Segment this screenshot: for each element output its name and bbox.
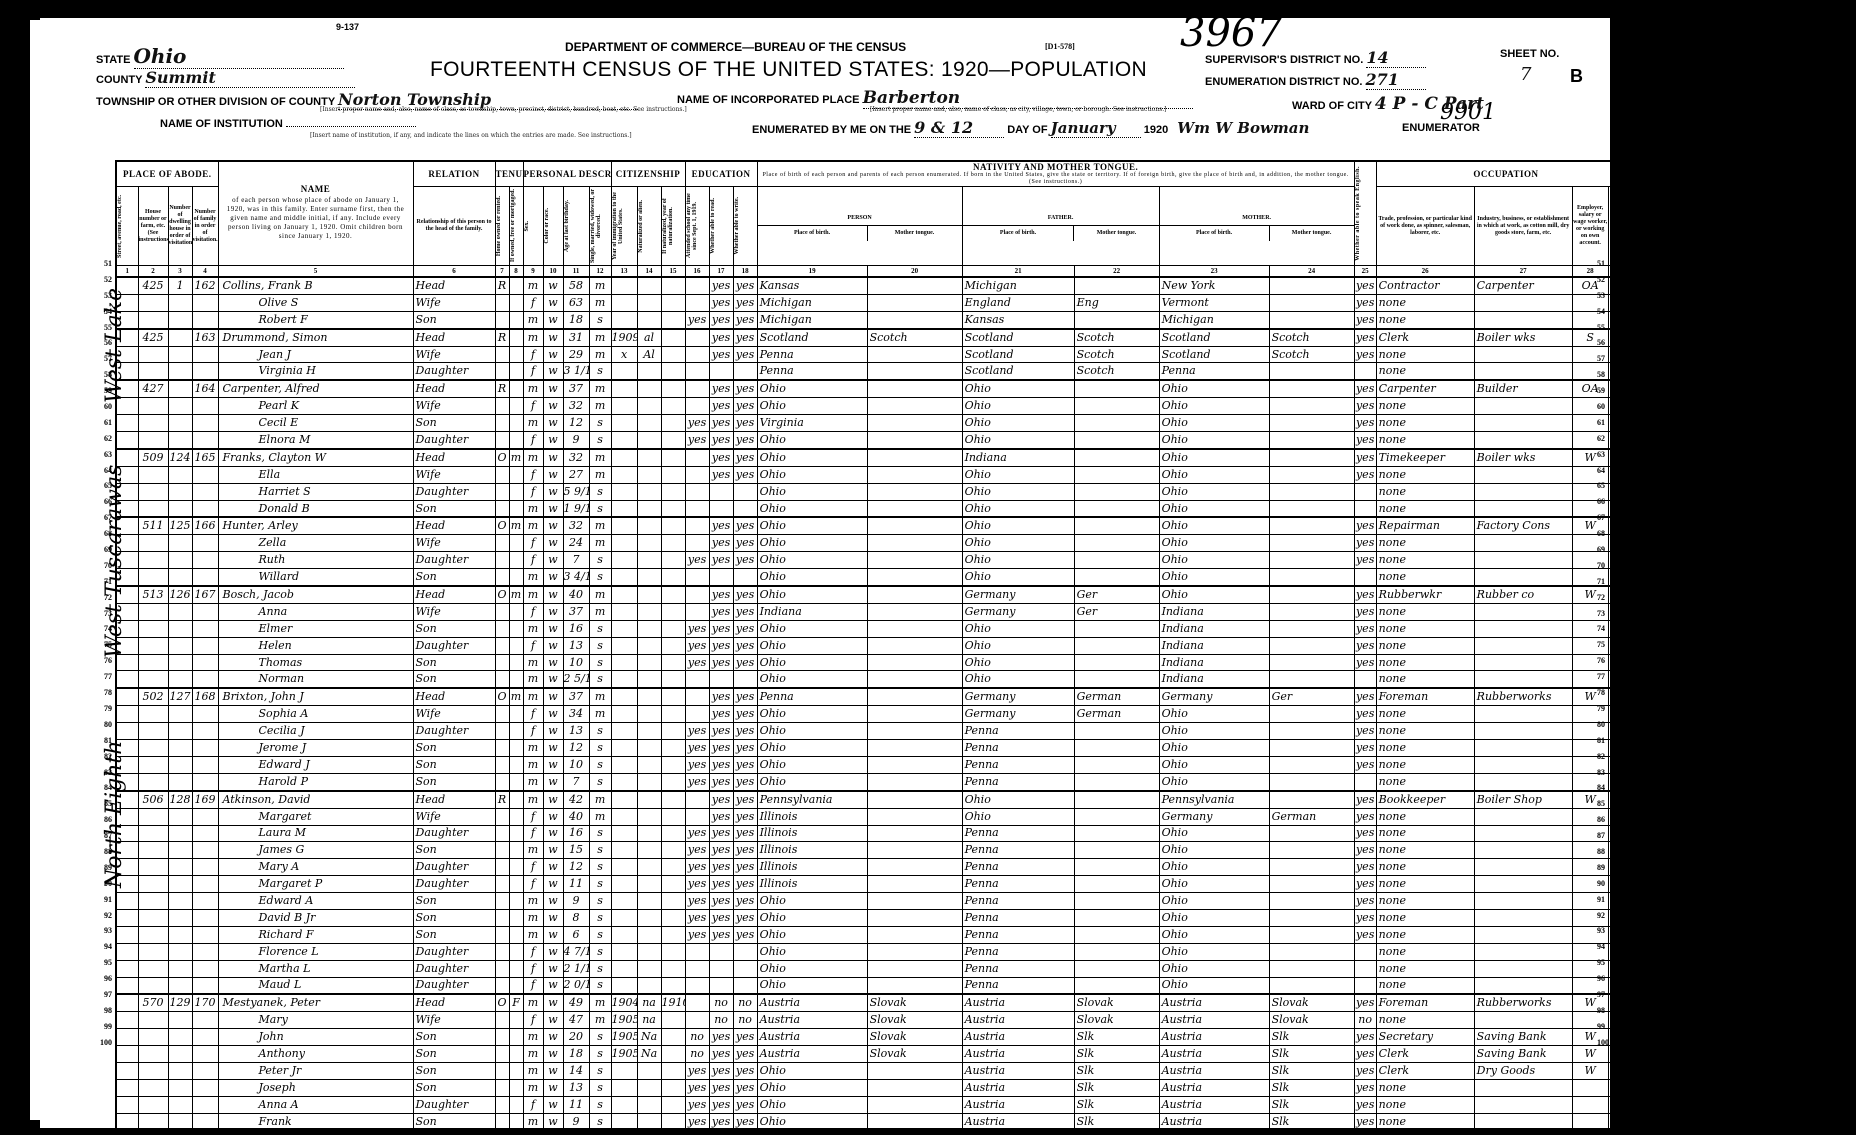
person-name-cell: Olive S xyxy=(218,294,413,311)
trade-cell: none xyxy=(1376,740,1474,757)
dwelling-number-cell xyxy=(168,398,192,415)
speaks-english-cell: yes xyxy=(1354,909,1376,926)
mother-birthplace-cell: Austria xyxy=(1159,1113,1269,1130)
school-attendance-cell xyxy=(685,977,709,994)
mortgage-cell xyxy=(509,380,523,397)
employer-class-cell xyxy=(1572,1113,1608,1130)
immigration-year-cell xyxy=(611,688,637,705)
industry-cell xyxy=(1474,1012,1572,1029)
family-number-cell xyxy=(192,1079,218,1096)
speaks-english-cell: yes xyxy=(1354,1062,1376,1079)
mother-mother-tongue-cell xyxy=(1269,415,1354,432)
naturalization-year-cell xyxy=(661,740,685,757)
can-read-cell: yes xyxy=(709,398,733,415)
school-attendance-cell xyxy=(685,808,709,825)
home-tenure-cell xyxy=(495,756,509,773)
mother-birthplace-cell: Austria xyxy=(1159,1096,1269,1113)
naturalization-year-cell xyxy=(661,311,685,328)
father-birthplace-cell: Penna xyxy=(962,893,1074,910)
marital-status-cell: s xyxy=(589,1062,611,1079)
dwelling-number-cell xyxy=(168,483,192,500)
birthplace-cell: Ohio xyxy=(757,671,867,688)
birthplace-cell: Ohio xyxy=(757,977,867,994)
race-cell: w xyxy=(543,552,563,569)
father-birthplace-cell: Germany xyxy=(962,706,1074,723)
marital-status-cell: s xyxy=(589,500,611,517)
col-family-number: Number of family in order of visitation. xyxy=(192,187,218,266)
naturalization-status-cell xyxy=(637,1062,661,1079)
immigration-year-cell xyxy=(611,706,637,723)
mother-birthplace-cell: Ohio xyxy=(1159,552,1269,569)
mother-birthplace-cell: Ohio xyxy=(1159,569,1269,586)
house-number-cell xyxy=(138,1029,168,1046)
table-row: RuthDaughterfw7syesyesyesOhioOhioOhioyes… xyxy=(116,552,1636,569)
industry-cell xyxy=(1474,398,1572,415)
line-number: 57 xyxy=(1597,351,1619,367)
line-number: 60 xyxy=(1597,399,1619,415)
person-name-cell: Laura M xyxy=(218,825,413,842)
can-write-cell: yes xyxy=(733,1062,757,1079)
birthplace-cell: Ohio xyxy=(757,756,867,773)
naturalization-status-cell xyxy=(637,449,661,466)
naturalization-year-cell xyxy=(661,756,685,773)
marital-status-cell: s xyxy=(589,1046,611,1063)
mother-tongue-cell xyxy=(867,808,962,825)
relation-cell: Daughter xyxy=(413,363,495,380)
father-birthplace-cell: Penna xyxy=(962,977,1074,994)
mother-mother-tongue-cell xyxy=(1269,756,1354,773)
street-cell xyxy=(116,483,138,500)
birthplace-cell: Ohio xyxy=(757,398,867,415)
naturalization-year-cell xyxy=(661,1029,685,1046)
immigration-year-cell xyxy=(611,654,637,671)
can-read-cell: yes xyxy=(709,825,733,842)
family-number-cell xyxy=(192,960,218,977)
birthplace-cell: Ohio xyxy=(757,552,867,569)
industry-cell xyxy=(1474,466,1572,483)
col-read: Whether able to read. xyxy=(709,187,733,266)
street-cell xyxy=(116,977,138,994)
family-number-cell xyxy=(192,773,218,790)
speaks-english-cell: yes xyxy=(1354,517,1376,534)
line-number: 73 xyxy=(90,606,112,622)
dwelling-number-cell xyxy=(168,1062,192,1079)
home-tenure-cell xyxy=(495,311,509,328)
mother-tongue-cell xyxy=(867,311,962,328)
mother-tongue-cell xyxy=(867,380,962,397)
naturalization-status-cell: Na xyxy=(637,1029,661,1046)
father-birthplace-cell: Austria xyxy=(962,1046,1074,1063)
race-cell: w xyxy=(543,517,563,534)
marital-status-cell: s xyxy=(589,432,611,449)
table-row: 570129170Mestyanek, PeterHeadOFmw49m1904… xyxy=(116,994,1636,1011)
street-cell xyxy=(116,586,138,603)
street-cell xyxy=(116,637,138,654)
relation-cell: Head xyxy=(413,586,495,603)
day-of-label: DAY OF xyxy=(1007,124,1047,136)
mother-mother-tongue-cell xyxy=(1269,723,1354,740)
age-cell: 1 9/12 xyxy=(563,500,589,517)
sex-cell: m xyxy=(523,1062,543,1079)
speaks-english-cell: yes xyxy=(1354,859,1376,876)
relation-cell: Wife xyxy=(413,294,495,311)
can-read-cell: yes xyxy=(709,432,733,449)
enumerated-date: ENUMERATED BY ME ON THE 9 & 12 DAY OF Ja… xyxy=(752,118,1309,138)
subgroup-person: PERSONPlace of birth.Mother tongue. xyxy=(757,187,962,266)
line-number: 59 xyxy=(90,383,112,399)
home-tenure-cell xyxy=(495,1012,509,1029)
can-read-cell: no xyxy=(709,994,733,1011)
street-cell xyxy=(116,859,138,876)
relation-cell: Son xyxy=(413,893,495,910)
farm-schedule-cell xyxy=(1608,1062,1636,1079)
ward-field: WARD OF CITY 4 P - C Part xyxy=(1292,94,1484,114)
sex-cell: m xyxy=(523,893,543,910)
naturalization-year-cell xyxy=(661,909,685,926)
can-read-cell: yes xyxy=(709,466,733,483)
dwelling-number-cell xyxy=(168,1012,192,1029)
mother-tongue-cell xyxy=(867,586,962,603)
race-cell: w xyxy=(543,483,563,500)
father-mother-tongue-cell xyxy=(1074,277,1159,294)
person-name-cell: Robert F xyxy=(218,311,413,328)
mortgage-cell xyxy=(509,415,523,432)
marital-status-cell: m xyxy=(589,277,611,294)
table-row: ZellaWifefw24myesyesOhioOhioOhioyesnone xyxy=(116,535,1636,552)
dwelling-number-cell xyxy=(168,311,192,328)
house-number-cell: 570 xyxy=(138,994,168,1011)
trade-cell: Clerk xyxy=(1376,1046,1474,1063)
birthplace-cell: Scotland xyxy=(757,329,867,346)
person-name-cell: Richard F xyxy=(218,926,413,943)
marital-status-cell: s xyxy=(589,637,611,654)
home-tenure-cell xyxy=(495,620,509,637)
can-read-cell: yes xyxy=(709,380,733,397)
can-read-cell: yes xyxy=(709,552,733,569)
birthplace-cell: Illinois xyxy=(757,842,867,859)
relation-cell: Daughter xyxy=(413,977,495,994)
group-nativity: NATIVITY AND MOTHER TONGUE. Place of bir… xyxy=(757,161,1354,187)
school-attendance-cell xyxy=(685,294,709,311)
line-number: 99 xyxy=(90,1019,112,1035)
can-write-cell: yes xyxy=(733,1079,757,1096)
mother-birthplace-cell: Austria xyxy=(1159,1029,1269,1046)
school-attendance-cell: yes xyxy=(685,654,709,671)
age-cell: 37 xyxy=(563,603,589,620)
can-read-cell: yes xyxy=(709,654,733,671)
race-cell: w xyxy=(543,791,563,808)
dwelling-number-cell xyxy=(168,380,192,397)
family-number-cell xyxy=(192,432,218,449)
father-birthplace-cell: Penna xyxy=(962,960,1074,977)
family-number-cell xyxy=(192,1046,218,1063)
marital-status-cell: m xyxy=(589,466,611,483)
street-cell xyxy=(116,994,138,1011)
naturalization-status-cell xyxy=(637,294,661,311)
relation-cell: Son xyxy=(413,909,495,926)
line-number: 74 xyxy=(90,621,112,637)
can-read-cell: yes xyxy=(709,893,733,910)
mortgage-cell xyxy=(509,398,523,415)
father-birthplace-cell: Austria xyxy=(962,1062,1074,1079)
naturalization-status-cell xyxy=(637,723,661,740)
naturalization-year-cell xyxy=(661,329,685,346)
person-name-cell: Sophia A xyxy=(218,706,413,723)
father-birthplace-cell: Ohio xyxy=(962,671,1074,688)
school-attendance-cell: yes xyxy=(685,637,709,654)
dwelling-number-cell xyxy=(168,671,192,688)
school-attendance-cell xyxy=(685,586,709,603)
dwelling-number-cell xyxy=(168,740,192,757)
family-number-cell: 163 xyxy=(192,329,218,346)
industry-cell xyxy=(1474,311,1572,328)
home-tenure-cell xyxy=(495,432,509,449)
line-number: 78 xyxy=(1597,685,1619,701)
speaks-english-cell: yes xyxy=(1354,432,1376,449)
race-cell: w xyxy=(543,740,563,757)
mother-tongue-cell xyxy=(867,346,962,363)
dwelling-number-cell xyxy=(168,960,192,977)
birthplace-cell: Ohio xyxy=(757,773,867,790)
line-number: 87 xyxy=(90,828,112,844)
industry-cell xyxy=(1474,706,1572,723)
subgroup-mother: MOTHER.Place of birth.Mother tongue. xyxy=(1159,187,1354,266)
table-row: Peter JrSonmw14syesyesyesOhioAustriaSlkA… xyxy=(116,1062,1636,1079)
naturalization-status-cell xyxy=(637,706,661,723)
trade-cell: none xyxy=(1376,346,1474,363)
trade-cell: Clerk xyxy=(1376,1062,1474,1079)
line-number: 90 xyxy=(90,876,112,892)
naturalization-status-cell xyxy=(637,756,661,773)
sex-cell: m xyxy=(523,415,543,432)
dwelling-number-cell xyxy=(168,1113,192,1130)
col-name-header: NAME of each person whose place of abode… xyxy=(218,161,413,266)
house-number-cell xyxy=(138,1062,168,1079)
sex-cell: f xyxy=(523,977,543,994)
line-number: 89 xyxy=(90,860,112,876)
father-mother-tongue-cell xyxy=(1074,756,1159,773)
mother-birthplace-cell: Ohio xyxy=(1159,876,1269,893)
birthplace-cell: Ohio xyxy=(757,620,867,637)
marital-status-cell: s xyxy=(589,960,611,977)
mother-tongue-cell: Slovak xyxy=(867,1046,962,1063)
mother-tongue-cell xyxy=(867,466,962,483)
trade-cell: none xyxy=(1376,859,1474,876)
family-number-cell xyxy=(192,398,218,415)
speaks-english-cell: yes xyxy=(1354,893,1376,910)
trade-cell: none xyxy=(1376,483,1474,500)
birthplace-cell: Kansas xyxy=(757,277,867,294)
father-mother-tongue-cell: German xyxy=(1074,688,1159,705)
house-number-cell xyxy=(138,842,168,859)
trade-cell: Rubberwkr xyxy=(1376,586,1474,603)
industry-cell xyxy=(1474,432,1572,449)
race-cell: w xyxy=(543,329,563,346)
street-cell xyxy=(116,1029,138,1046)
line-number: 84 xyxy=(1597,780,1619,796)
line-number: 92 xyxy=(90,908,112,924)
trade-cell: none xyxy=(1376,825,1474,842)
sex-cell: m xyxy=(523,842,543,859)
speaks-english-cell: yes xyxy=(1354,1079,1376,1096)
marital-status-cell: s xyxy=(589,671,611,688)
house-number-cell xyxy=(138,859,168,876)
father-mother-tongue-cell xyxy=(1074,791,1159,808)
father-mother-tongue-cell xyxy=(1074,943,1159,960)
person-name-cell: Jerome J xyxy=(218,740,413,757)
township-label: TOWNSHIP OR OTHER DIVISION OF COUNTY xyxy=(96,96,335,108)
school-attendance-cell: yes xyxy=(685,773,709,790)
house-number-cell xyxy=(138,552,168,569)
naturalization-status-cell xyxy=(637,483,661,500)
father-birthplace-cell: Penna xyxy=(962,740,1074,757)
immigration-year-cell xyxy=(611,773,637,790)
industry-cell xyxy=(1474,977,1572,994)
mortgage-cell xyxy=(509,723,523,740)
trade-cell: none xyxy=(1376,432,1474,449)
mortgage-cell xyxy=(509,346,523,363)
speaks-english-cell: yes xyxy=(1354,740,1376,757)
industry-cell xyxy=(1474,740,1572,757)
naturalization-year-cell xyxy=(661,1046,685,1063)
relation-cell: Daughter xyxy=(413,723,495,740)
street-cell xyxy=(116,466,138,483)
immigration-year-cell xyxy=(611,909,637,926)
can-read-cell: yes xyxy=(709,329,733,346)
naturalization-year-cell xyxy=(661,808,685,825)
age-cell: 9 xyxy=(563,1113,589,1130)
trade-cell: Carpenter xyxy=(1376,380,1474,397)
industry-cell xyxy=(1474,363,1572,380)
industry-cell xyxy=(1474,569,1572,586)
mother-mother-tongue-cell xyxy=(1269,552,1354,569)
father-birthplace-cell: Ohio xyxy=(962,517,1074,534)
naturalization-year-cell xyxy=(661,620,685,637)
naturalization-status-cell xyxy=(637,773,661,790)
industry-cell xyxy=(1474,876,1572,893)
trade-cell: none xyxy=(1376,943,1474,960)
speaks-english-cell: yes xyxy=(1354,825,1376,842)
group-relation: RELATION xyxy=(413,161,495,187)
school-attendance-cell xyxy=(685,994,709,1011)
relation-cell: Son xyxy=(413,654,495,671)
mother-birthplace-cell: Ohio xyxy=(1159,706,1269,723)
mother-tongue-cell xyxy=(867,620,962,637)
immigration-year-cell xyxy=(611,277,637,294)
relation-cell: Son xyxy=(413,1029,495,1046)
line-number: 71 xyxy=(1597,574,1619,590)
line-number: 99 xyxy=(1597,1019,1619,1035)
birthplace-cell: Austria xyxy=(757,1046,867,1063)
line-numbers-left: 5152535455565758596061626364656667686970… xyxy=(90,256,112,1051)
father-birthplace-cell: Germany xyxy=(962,603,1074,620)
supervisor-label: SUPERVISOR'S DISTRICT NO. xyxy=(1205,54,1363,66)
line-number: 74 xyxy=(1597,621,1619,637)
family-number-cell xyxy=(192,311,218,328)
person-name-cell: Cecil E xyxy=(218,415,413,432)
school-attendance-cell: no xyxy=(685,1046,709,1063)
margin-note: 994 xyxy=(1620,407,1666,435)
immigration-year-cell xyxy=(611,311,637,328)
margin-note: 566 xyxy=(1620,534,1666,562)
line-number: 81 xyxy=(1597,733,1619,749)
naturalization-year-cell xyxy=(661,466,685,483)
house-number-cell: 425 xyxy=(138,277,168,294)
industry-cell: Factory Cons xyxy=(1474,517,1572,534)
naturalization-year-cell xyxy=(661,380,685,397)
marital-status-cell: s xyxy=(589,756,611,773)
mother-birthplace-cell: Indiana xyxy=(1159,603,1269,620)
industry-cell xyxy=(1474,535,1572,552)
mother-mother-tongue-cell xyxy=(1269,706,1354,723)
line-number: 59 xyxy=(1597,383,1619,399)
race-cell: w xyxy=(543,756,563,773)
relation-cell: Son xyxy=(413,842,495,859)
line-number: 55 xyxy=(1597,320,1619,336)
street-cell xyxy=(116,620,138,637)
street-cell xyxy=(116,773,138,790)
home-tenure-cell xyxy=(495,569,509,586)
immigration-year-cell xyxy=(611,449,637,466)
school-attendance-cell: yes xyxy=(685,926,709,943)
col-write: Whether able to write. xyxy=(733,187,757,266)
home-tenure-cell xyxy=(495,943,509,960)
dwelling-number-cell xyxy=(168,620,192,637)
home-tenure-cell xyxy=(495,346,509,363)
line-number: 98 xyxy=(90,1003,112,1019)
table-row: Maud LDaughterfw2 0/12sOhioPennaOhionone xyxy=(116,977,1636,994)
age-cell: 18 xyxy=(563,311,589,328)
father-mother-tongue-cell xyxy=(1074,432,1159,449)
can-write-cell: no xyxy=(733,1012,757,1029)
census-sheet: STATE Ohio COUNTY Summit TOWNSHIP OR OTH… xyxy=(40,18,1610,1128)
person-name-cell: Donald B xyxy=(218,500,413,517)
trade-cell: none xyxy=(1376,1012,1474,1029)
mother-tongue-cell xyxy=(867,825,962,842)
speaks-english-cell: yes xyxy=(1354,398,1376,415)
speaks-english-cell: yes xyxy=(1354,277,1376,294)
speaks-english-cell: yes xyxy=(1354,329,1376,346)
naturalization-status-cell xyxy=(637,909,661,926)
dwelling-number-cell xyxy=(168,1096,192,1113)
birthplace-cell: Ohio xyxy=(757,466,867,483)
family-number-cell xyxy=(192,1029,218,1046)
person-name-cell: Martha L xyxy=(218,960,413,977)
enumerated-label: ENUMERATED BY ME ON THE xyxy=(752,124,911,136)
sex-cell: m xyxy=(523,671,543,688)
ward-label: WARD OF CITY xyxy=(1292,100,1372,112)
house-number-cell xyxy=(138,415,168,432)
mortgage-cell xyxy=(509,363,523,380)
immigration-year-cell xyxy=(611,842,637,859)
relation-cell: Son xyxy=(413,756,495,773)
house-number-cell xyxy=(138,637,168,654)
house-number-cell: 425 xyxy=(138,329,168,346)
table-row: Cecilia JDaughterfw13syesyesyesOhioPenna… xyxy=(116,723,1636,740)
col-speak-english: Whether able to speak English. xyxy=(1354,161,1376,266)
house-number-cell: 427 xyxy=(138,380,168,397)
trade-cell: none xyxy=(1376,893,1474,910)
person-name-cell: Cecilia J xyxy=(218,723,413,740)
relation-cell: Wife xyxy=(413,466,495,483)
mortgage-cell xyxy=(509,277,523,294)
house-number-cell xyxy=(138,943,168,960)
mother-mother-tongue-cell xyxy=(1269,535,1354,552)
birthplace-cell: Penna xyxy=(757,363,867,380)
race-cell: w xyxy=(543,671,563,688)
age-cell: 12 xyxy=(563,859,589,876)
sheet-side: B xyxy=(1570,66,1583,87)
